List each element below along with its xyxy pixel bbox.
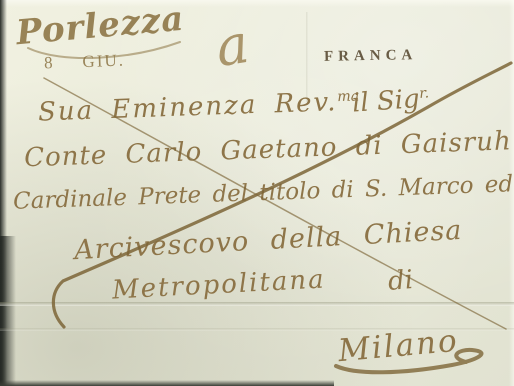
- franca-handstamp: FRANCA: [324, 47, 418, 66]
- letter-cover: Porlezza 8 GIU. a FRANCA Sua Eminenza Re…: [0, 0, 514, 386]
- paper-edge-top: [0, 0, 514, 7]
- paper-edge-corner: [0, 236, 16, 386]
- postmark-month: GIU.: [82, 51, 125, 72]
- address-line-1-left: Sua Eminenza Rev.ma: [38, 86, 360, 127]
- address-superscript: r.: [419, 85, 430, 102]
- postmark-town: Porlezza: [15, 0, 186, 53]
- routing-mark-a: a: [211, 12, 253, 79]
- address-line-3: Cardinale Prete del titolo di S. Marco e…: [13, 171, 514, 214]
- address-line-4: Arcivescovo della Chiesa: [73, 215, 463, 266]
- address-line-2: Conte Carlo Gaetano di Gaisruh —: [24, 125, 514, 174]
- address-text: il Sig: [351, 84, 421, 119]
- address-line-5-right: di: [387, 265, 414, 297]
- fold-crease-horizontal: [0, 302, 514, 306]
- address-line-1-right: il Sigr.: [351, 83, 430, 118]
- address-text: Sua Eminenza Rev.: [38, 87, 338, 127]
- paper-edge-bottom: [0, 380, 334, 386]
- postmark-day: 8: [44, 53, 53, 73]
- postmark-date: 8 GIU.: [44, 51, 126, 74]
- address-line-5-left: Metropolitana: [111, 264, 326, 305]
